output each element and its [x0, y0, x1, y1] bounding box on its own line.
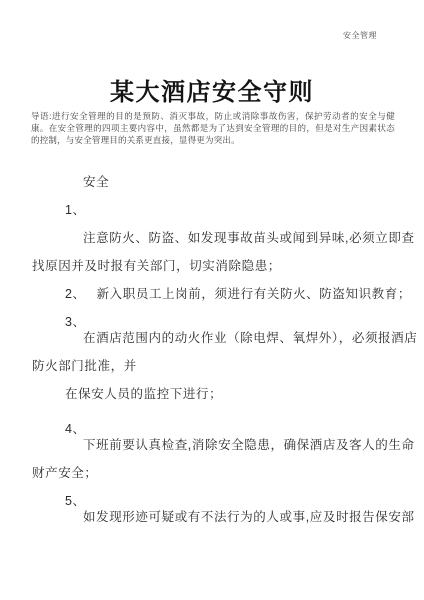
intro-paragraph: 导语:进行安全管理的目的是预防、消灭事故，防止或消除事故伤害，保护劳动者的安全与…	[31, 111, 395, 146]
document-line: 如发现形迹可疑或有不法行为的人或事,应及时报告保安部	[32, 511, 412, 524]
document-line: 财产安全；	[32, 467, 412, 480]
document-line: 4、	[32, 423, 412, 436]
document-line: 安全	[32, 176, 412, 189]
document-line: 1、	[32, 204, 412, 217]
document-line: 2、 新入职员工上岗前，须进行有关防火、防盗知识教育；	[32, 288, 412, 301]
document-line: 防火部门批准，并	[32, 360, 412, 373]
document-line: 在酒店范围内的动火作业（除电焊、氧焊外），必须报酒店	[32, 332, 412, 345]
document-header-label: 安全管理	[343, 30, 377, 41]
document-line: 在保安人员的监控下进行；	[32, 388, 412, 401]
document-line: 找原因并及时报有关部门，切实消除隐患；	[32, 260, 412, 273]
document-body: 安全1、注意防火、防盗、如发现事故苗头或闻到异味,必须立即查找原因并及时报有关部…	[32, 176, 412, 524]
document-line: 下班前要认真检查,消除安全隐患，确保酒店及客人的生命	[32, 439, 412, 452]
document-line: 注意防火、防盗、如发现事故苗头或闻到异味,必须立即查	[32, 232, 412, 245]
document-line: 3、	[32, 316, 412, 329]
page-title: 某大酒店安全守则	[0, 72, 424, 107]
document-line: 5、	[32, 495, 412, 508]
document-page: 安全管理 某大酒店安全守则 导语:进行安全管理的目的是预防、消灭事故，防止或消除…	[0, 0, 424, 600]
